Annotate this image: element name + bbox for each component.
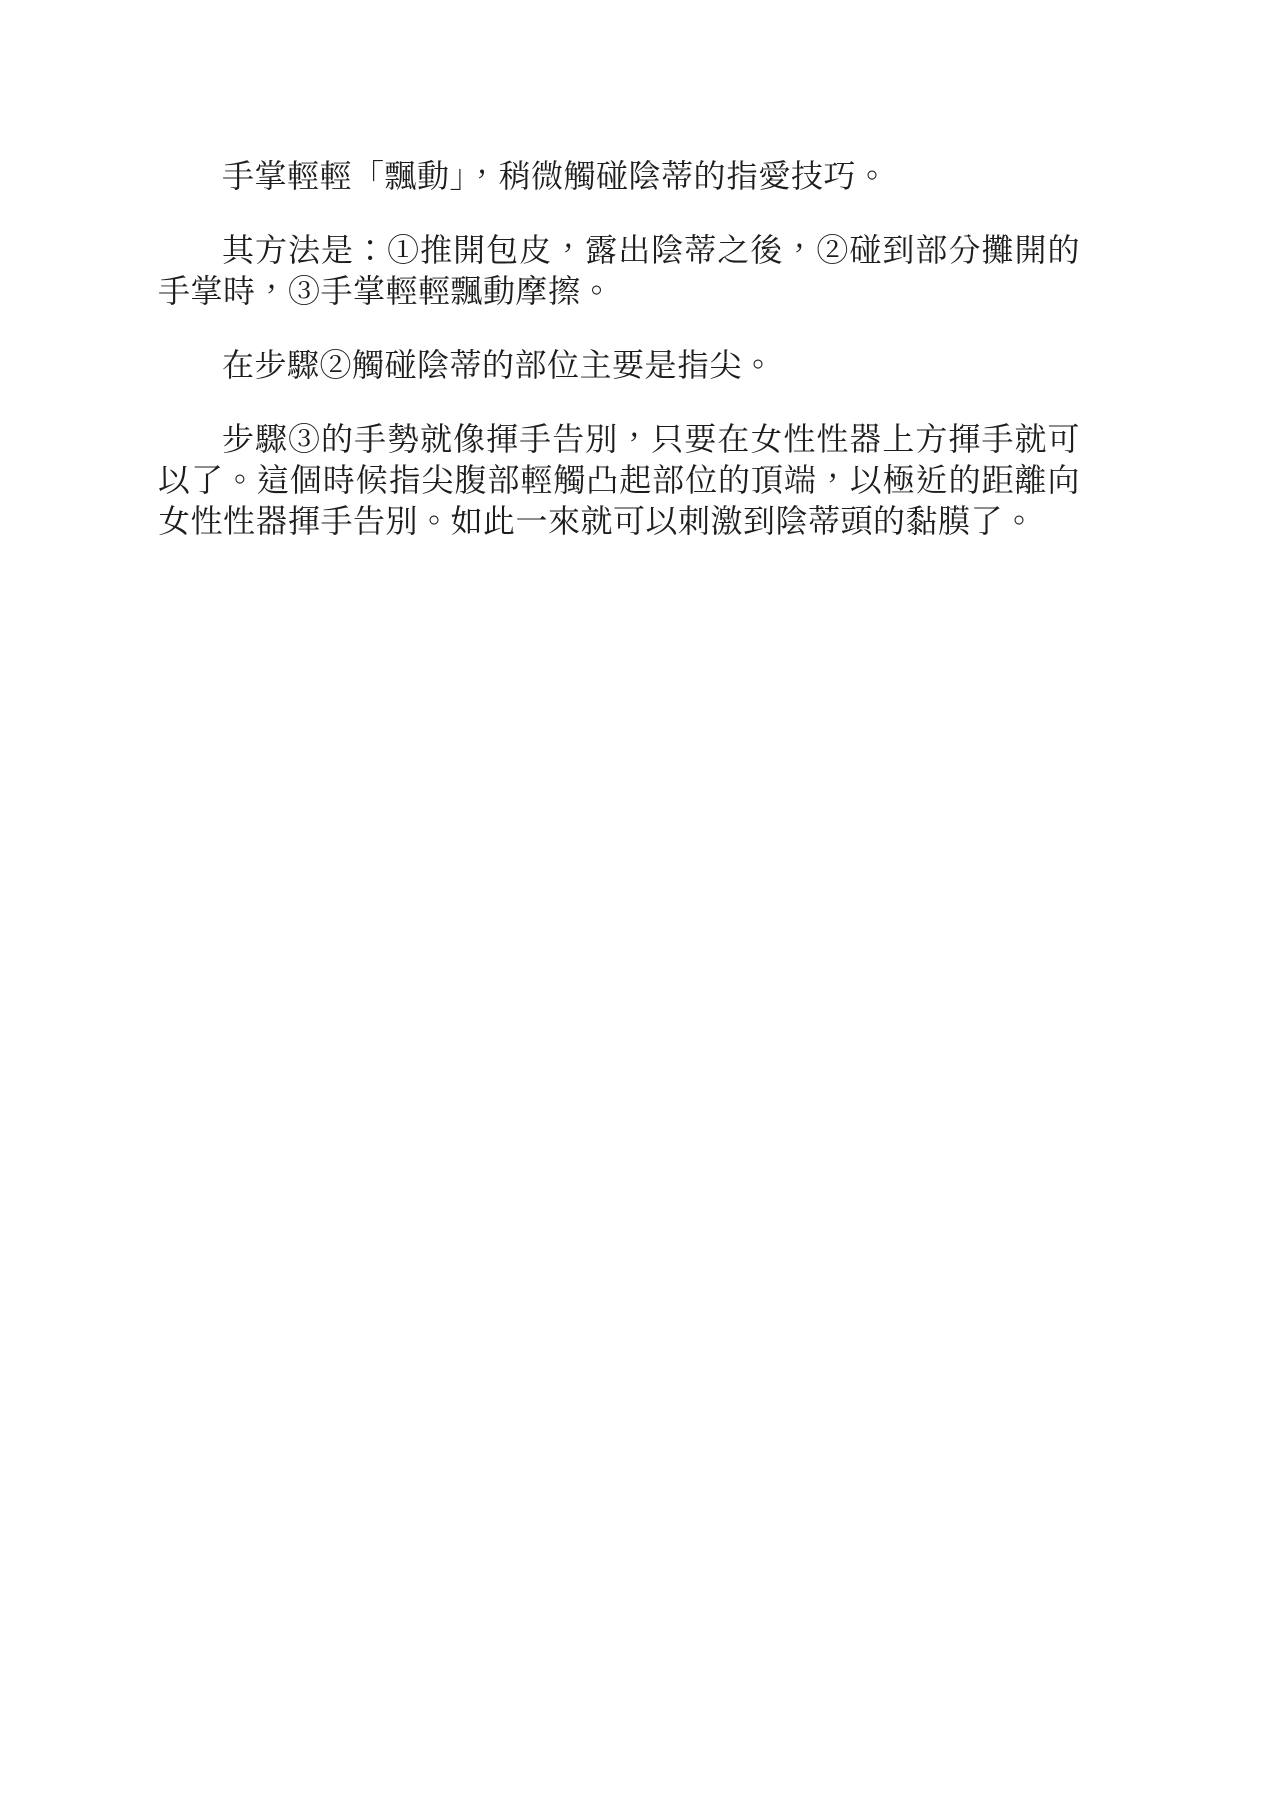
paragraph-3: 在步驟②觸碰陰蒂的部位主要是指尖。 <box>158 345 1080 386</box>
document-page: 手掌輕輕「飄動」，稍微觸碰陰蒂的指愛技巧。 其方法是：①推開包皮，露出陰蒂之後，… <box>0 0 1280 1812</box>
paragraph-1: 手掌輕輕「飄動」，稍微觸碰陰蒂的指愛技巧。 <box>158 156 1080 197</box>
paragraph-4: 步驟③的手勢就像揮手告別，只要在女性性器上方揮手就可以了。這個時候指尖腹部輕觸凸… <box>158 419 1080 542</box>
text-block: 手掌輕輕「飄動」，稍微觸碰陰蒂的指愛技巧。 其方法是：①推開包皮，露出陰蒂之後，… <box>158 156 1080 542</box>
paragraph-2: 其方法是：①推開包皮，露出陰蒂之後，②碰到部分攤開的手掌時，③手掌輕輕飄動摩擦。 <box>158 230 1080 312</box>
